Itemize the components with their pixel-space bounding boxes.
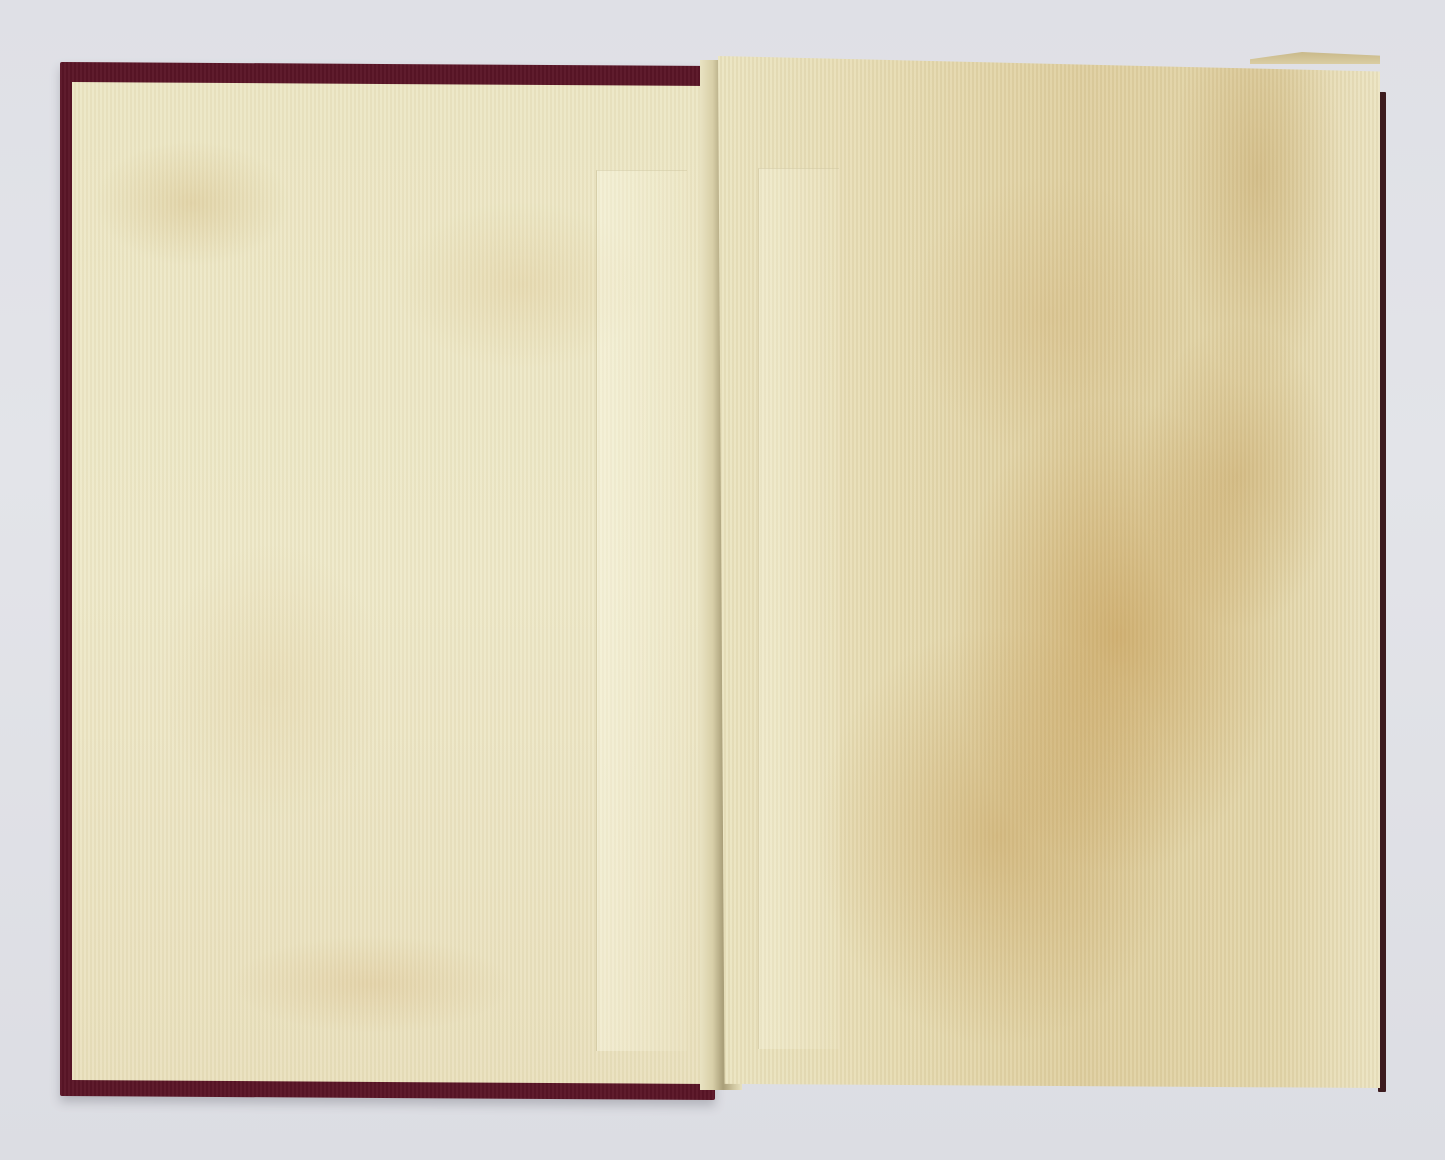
photo-scene — [0, 0, 1445, 1160]
left-hinge-panel — [596, 170, 687, 1051]
text-block-top-edges — [1250, 52, 1380, 64]
right-hinge-panel — [758, 168, 839, 1049]
